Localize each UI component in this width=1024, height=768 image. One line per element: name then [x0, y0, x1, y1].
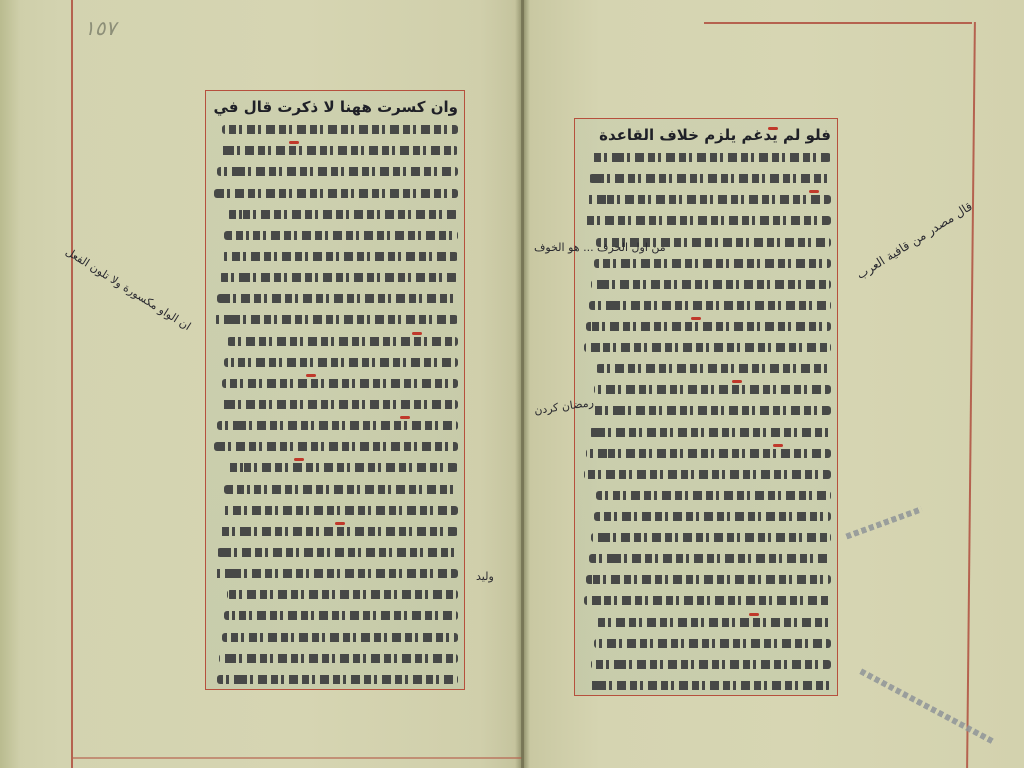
handwritten-text [594, 512, 832, 521]
right-page: فلو لم يدغم يلزم خلاف القاعدة من اول الح… [524, 0, 1024, 768]
text-line [581, 167, 831, 188]
margin-note-text: قال مصدر من قافية العرب [854, 199, 975, 282]
handwritten-text [227, 337, 458, 346]
rubric-mark-icon [306, 374, 316, 377]
text-line [212, 351, 458, 372]
rubric-mark-icon [335, 522, 345, 525]
text-line [581, 421, 831, 442]
faded-ink-icon [859, 669, 994, 745]
rubric-mark-icon [691, 317, 701, 320]
handwritten-text [214, 442, 458, 451]
text-line [212, 330, 458, 351]
text-line [212, 266, 458, 287]
handwritten-text [594, 385, 832, 394]
margin-note-text: من اول الحرف ... هو الخوف [534, 241, 666, 254]
text-line [581, 589, 831, 610]
text-line [581, 653, 831, 674]
rubric-mark-icon [773, 444, 783, 447]
rubric-mark-icon [400, 416, 410, 419]
handwritten-text [584, 470, 832, 479]
text-line [581, 273, 831, 294]
handwritten-text [219, 400, 458, 409]
text-line [581, 146, 831, 167]
right-outer-faint-note-1 [844, 503, 924, 543]
handwritten-text [591, 280, 831, 289]
right-page-top-rule [704, 22, 972, 24]
handwritten-text [584, 216, 832, 225]
handwritten-text [219, 146, 458, 155]
handwritten-text [217, 294, 458, 303]
handwritten-text [214, 189, 458, 198]
text-line [581, 526, 831, 547]
handwritten-text [596, 491, 831, 500]
text-line [212, 414, 458, 435]
text-line: وان كسرت ههنا لا ذكرت قال في الصحاح [212, 97, 458, 118]
text-line [581, 399, 831, 420]
handwritten-text [224, 231, 458, 240]
handwritten-text [222, 379, 458, 388]
text-line [212, 647, 458, 668]
handwritten-text [219, 273, 458, 282]
handwritten-text [591, 660, 831, 669]
right-outer-diagonal-note: قال مصدر من قافية العرب [854, 199, 975, 282]
handwritten-text [222, 506, 458, 515]
text-line [212, 499, 458, 520]
text-line [212, 308, 458, 329]
left-page-outer-rule [71, 0, 73, 768]
rubric-mark-icon [412, 332, 422, 335]
handwritten-text [214, 315, 458, 324]
handwritten-text [596, 618, 831, 627]
text-line [212, 604, 458, 625]
gutter-note: وليد [476, 570, 494, 583]
left-margin-diagonal-note: ان الواو مكسورة ولا تلون الفعل [63, 245, 193, 333]
text-line [212, 583, 458, 604]
text-line [581, 632, 831, 653]
handwritten-text [214, 569, 458, 578]
handwritten-text [224, 358, 458, 367]
handwritten-text [217, 421, 458, 430]
text-line [212, 224, 458, 245]
handwritten-text [584, 596, 832, 605]
handwritten-text [591, 153, 831, 162]
margin-note-text: وليد [476, 570, 494, 583]
rubric-mark-icon [294, 458, 304, 461]
text-line [212, 203, 458, 224]
faded-ink-icon [845, 506, 922, 539]
text-line [581, 442, 831, 463]
text-line [581, 188, 831, 209]
rubric-mark-icon [768, 127, 778, 130]
text-line [581, 378, 831, 399]
handwritten-text [594, 639, 832, 648]
handwritten-text [219, 527, 458, 536]
handwritten-text [589, 554, 832, 563]
text-line [212, 562, 458, 583]
text-line [212, 456, 458, 477]
handwritten-text [589, 428, 832, 437]
text-line [212, 668, 458, 689]
text-line [212, 520, 458, 541]
text-line [212, 372, 458, 393]
handwritten-text [589, 174, 832, 183]
text-line [212, 435, 458, 456]
rubric-mark-icon [732, 380, 742, 383]
text-line [581, 547, 831, 568]
text-line [581, 674, 831, 695]
handwritten-text [584, 343, 832, 352]
text-line [581, 505, 831, 526]
text-line [212, 541, 458, 562]
text-line [212, 245, 458, 266]
handwritten-text [222, 125, 458, 134]
text-line [581, 336, 831, 357]
text-line [212, 626, 458, 647]
left-page: ١٥٧ وان كسرت ههنا لا ذكرت قال في الصحاح … [0, 0, 522, 768]
rubric-mark-icon [809, 190, 819, 193]
handwritten-text [586, 195, 831, 204]
text-line [212, 393, 458, 414]
text-line [212, 118, 458, 139]
handwritten-text [217, 167, 458, 176]
rubric-mark-icon [749, 613, 759, 616]
handwritten-text [227, 590, 458, 599]
margin-note-text: ان الواو مكسورة ولا تلون الفعل [63, 245, 193, 333]
text-line [212, 160, 458, 181]
handwritten-text [222, 252, 458, 261]
left-page-bottom-rule [71, 757, 522, 759]
text-line [212, 182, 458, 203]
right-inner-note-1: من اول الحرف ... هو الخوف [534, 240, 666, 256]
handwritten-text [591, 406, 831, 415]
text-line [581, 568, 831, 589]
text-line [581, 463, 831, 484]
handwritten-text [591, 533, 831, 542]
right-page-outer-rule [966, 22, 976, 768]
handwritten-text [586, 575, 831, 584]
handwritten-text [589, 681, 832, 690]
left-text-block: وان كسرت ههنا لا ذكرت قال في الصحاح [205, 90, 465, 690]
manuscript-spread: ١٥٧ وان كسرت ههنا لا ذكرت قال في الصحاح … [0, 0, 1024, 768]
right-outer-faint-note-2 [858, 665, 997, 747]
handwritten-text [227, 210, 458, 219]
handwritten-text [217, 675, 458, 684]
text-line [212, 139, 458, 160]
handwritten-text [224, 485, 458, 494]
text-line: فلو لم يدغم يلزم خلاف القاعدة [581, 125, 831, 146]
handwritten-text [586, 322, 831, 331]
text-line [581, 315, 831, 336]
text-line [212, 478, 458, 499]
text-line [581, 611, 831, 632]
text-line [581, 357, 831, 378]
text-line [581, 294, 831, 315]
text-line [581, 484, 831, 505]
handwritten-text [586, 449, 831, 458]
handwritten-text [589, 301, 832, 310]
handwritten-text [224, 611, 458, 620]
text-line [212, 287, 458, 308]
handwritten-text [217, 548, 458, 557]
folio-number: ١٥٧ [84, 16, 116, 40]
text-line [581, 209, 831, 230]
rubric-mark-icon [289, 141, 299, 144]
handwritten-text [596, 364, 831, 373]
right-text-block: فلو لم يدغم يلزم خلاف القاعدة [574, 118, 838, 696]
handwritten-text [222, 633, 458, 642]
handwritten-text [227, 463, 458, 472]
handwritten-text [594, 259, 832, 268]
handwritten-text [219, 654, 458, 663]
